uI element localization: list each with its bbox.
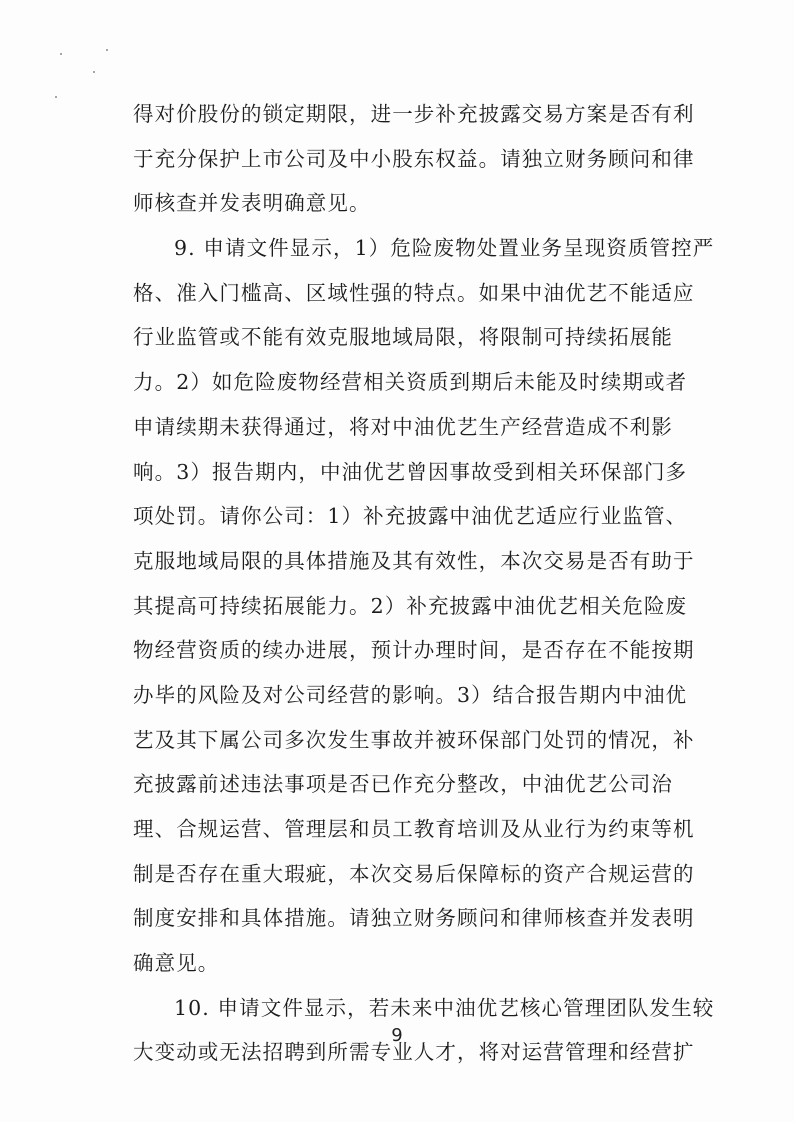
text-line: 办毕的风险及对公司经营的影响。3）结合报告期内中油优: [133, 679, 673, 724]
text-line: 格、准入门槛高、区域性强的特点。如果中油优艺不能适应: [133, 277, 673, 322]
text-line: 响。3）报告期内，中油优艺曾因事故受到相关环保部门多: [133, 456, 673, 501]
scan-speck: [106, 49, 108, 51]
paragraph-question-9: 9. 申请文件显示，1）危险废物处置业务呈现资质管控严 格、准入门槛高、区域性强…: [133, 232, 673, 992]
text-line: 力。2）如危险废物经营相关资质到期后未能及时续期或者: [133, 366, 673, 411]
document-body: 得对价股份的锁定期限，进一步补充披露交易方案是否有利 于充分保护上市公司及中小股…: [133, 98, 673, 1081]
text-line: 确意见。: [133, 947, 673, 992]
text-line: 克服地域局限的具体措施及其有效性，本次交易是否有助于: [133, 545, 673, 590]
text-line: 制是否存在重大瑕疵，本次交易后保障标的资产合规运营的: [133, 858, 673, 903]
text-line: 于充分保护上市公司及中小股东权益。请独立财务顾问和律: [133, 143, 673, 188]
text-line: 充披露前述违法事项是否已作充分整改，中油优艺公司治: [133, 768, 673, 813]
paragraph-continuation: 得对价股份的锁定期限，进一步补充披露交易方案是否有利 于充分保护上市公司及中小股…: [133, 98, 673, 232]
scan-speck: [55, 96, 57, 98]
text-line: 师核查并发表明确意见。: [133, 187, 673, 232]
text-line: 艺及其下属公司多次发生事故并被环保部门处罚的情况，补: [133, 724, 673, 769]
text-line: 得对价股份的锁定期限，进一步补充披露交易方案是否有利: [133, 98, 673, 143]
scan-speck: [60, 53, 62, 55]
text-line: 项处罚。请你公司：1）补充披露中油优艺适应行业监管、: [133, 500, 673, 545]
text-line: 制度安排和具体措施。请独立财务顾问和律师核查并发表明: [133, 902, 673, 947]
scan-speck: [93, 71, 95, 73]
text-line: 理、合规运营、管理层和员工教育培训及从业行为约束等机: [133, 813, 673, 858]
text-line: 9. 申请文件显示，1）危险废物处置业务呈现资质管控严: [133, 232, 673, 277]
text-line: 其提高可持续拓展能力。2）补充披露中油优艺相关危险废: [133, 590, 673, 635]
text-line: 物经营资质的续办进展，预计办理时间，是否存在不能按期: [133, 634, 673, 679]
page-number: 9: [0, 1025, 794, 1046]
text-line: 申请续期未获得通过，将对中油优艺生产经营造成不利影: [133, 411, 673, 456]
text-line: 行业监管或不能有效克服地域局限，将限制可持续拓展能: [133, 321, 673, 366]
document-page: 得对价股份的锁定期限，进一步补充披露交易方案是否有利 于充分保护上市公司及中小股…: [0, 0, 794, 1122]
